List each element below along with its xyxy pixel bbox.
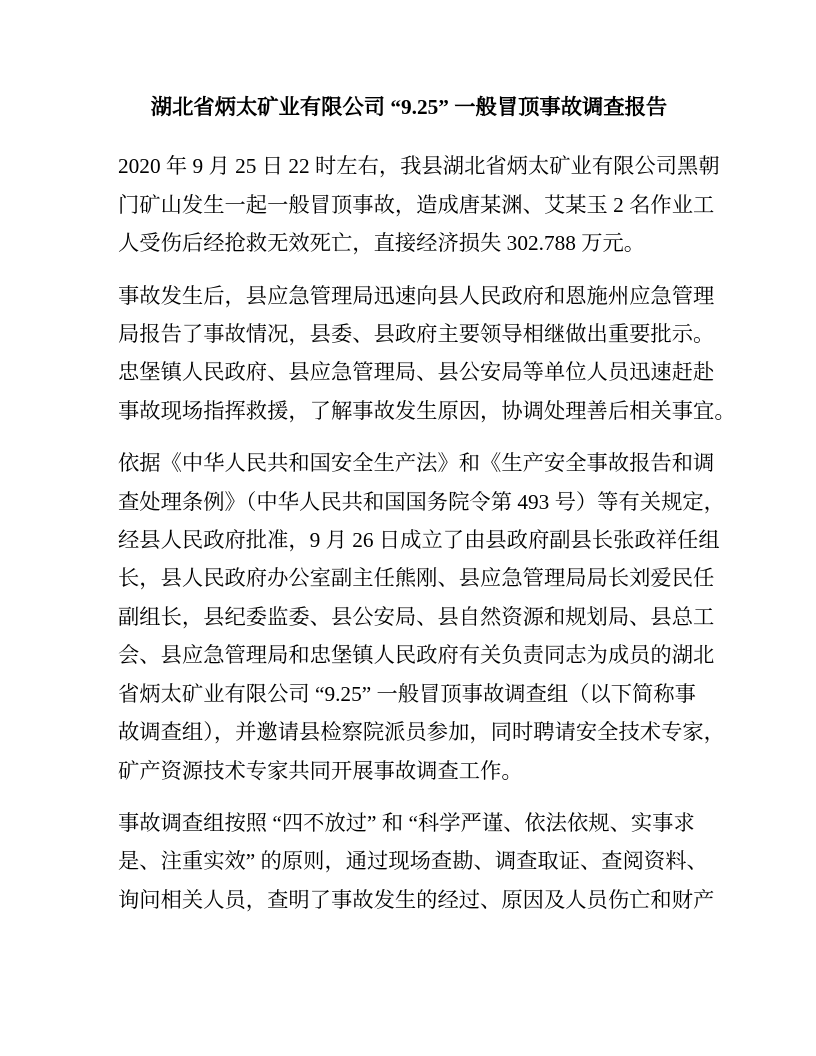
text-line: 忠堡镇人民政府、县应急管理局、县公安局等单位人员迅速赶赴 — [118, 353, 700, 391]
text-line: 副组长，县纪委监委、县公安局、县自然资源和规划局、县总工 — [118, 598, 700, 636]
text-line: 询问相关人员，查明了事故发生的经过、原因及人员伤亡和财产 — [118, 881, 700, 919]
text-line: 矿产资源技术专家共同开展事故调查工作。 — [118, 752, 700, 790]
document-content: 湖北省炳太矿业有限公司 “9.25” 一般冒顶事故调查报告 2020 年 9 月… — [118, 88, 700, 919]
text-line: 事故现场指挥救援，了解事故发生原因，协调处理善后相关事宜。 — [118, 392, 700, 430]
text-line: 会、县应急管理局和忠堡镇人民政府有关负责同志为成员的湖北 — [118, 636, 700, 674]
paragraph: 事故发生后，县应急管理局迅速向县人民政府和恩施州应急管理 局报告了事故情况，县委… — [118, 277, 700, 431]
text-line: 经县人民政府批准，9 月 26 日成立了由县政府副县长张政祥任组 — [118, 521, 700, 559]
document-page: 湖北省炳太矿业有限公司 “9.25” 一般冒顶事故调查报告 2020 年 9 月… — [0, 0, 816, 1056]
text-line: 局报告了事故情况，县委、县政府主要领导相继做出重要批示。 — [118, 315, 700, 353]
text-line: 事故调查组按照 “四不放过” 和 “科学严谨、依法依规、实事求 — [118, 804, 700, 842]
paragraph: 事故调查组按照 “四不放过” 和 “科学严谨、依法依规、实事求 是、注重实效” … — [118, 804, 700, 919]
text-line: 人受伤后经抢救无效死亡，直接经济损失 302.788 万元。 — [118, 224, 700, 262]
paragraph: 依据《中华人民共和国安全生产法》和《生产安全事故报告和调 查处理条例》（中华人民… — [118, 444, 700, 790]
text-line: 省炳太矿业有限公司 “9.25” 一般冒顶事故调查组（以下简称事 — [118, 675, 700, 713]
text-line: 长，县人民政府办公室副主任熊刚、县应急管理局局长刘爱民任 — [118, 559, 700, 597]
text-line: 事故发生后，县应急管理局迅速向县人民政府和恩施州应急管理 — [118, 277, 700, 315]
text-line: 查处理条例》（中华人民共和国国务院令第 493 号）等有关规定， — [118, 483, 700, 521]
text-line: 2020 年 9 月 25 日 22 时左右，我县湖北省炳太矿业有限公司黑朝 — [118, 147, 700, 185]
text-line: 是、注重实效” 的原则，通过现场查勘、调查取证、查阅资料、 — [118, 842, 700, 880]
document-title: 湖北省炳太矿业有限公司 “9.25” 一般冒顶事故调查报告 — [118, 88, 700, 126]
text-line: 依据《中华人民共和国安全生产法》和《生产安全事故报告和调 — [118, 444, 700, 482]
text-line: 门矿山发生一起一般冒顶事故，造成唐某渊、艾某玉 2 名作业工 — [118, 186, 700, 224]
paragraph: 2020 年 9 月 25 日 22 时左右，我县湖北省炳太矿业有限公司黑朝 门… — [118, 147, 700, 262]
text-line: 故调查组），并邀请县检察院派员参加，同时聘请安全技术专家， — [118, 713, 700, 751]
